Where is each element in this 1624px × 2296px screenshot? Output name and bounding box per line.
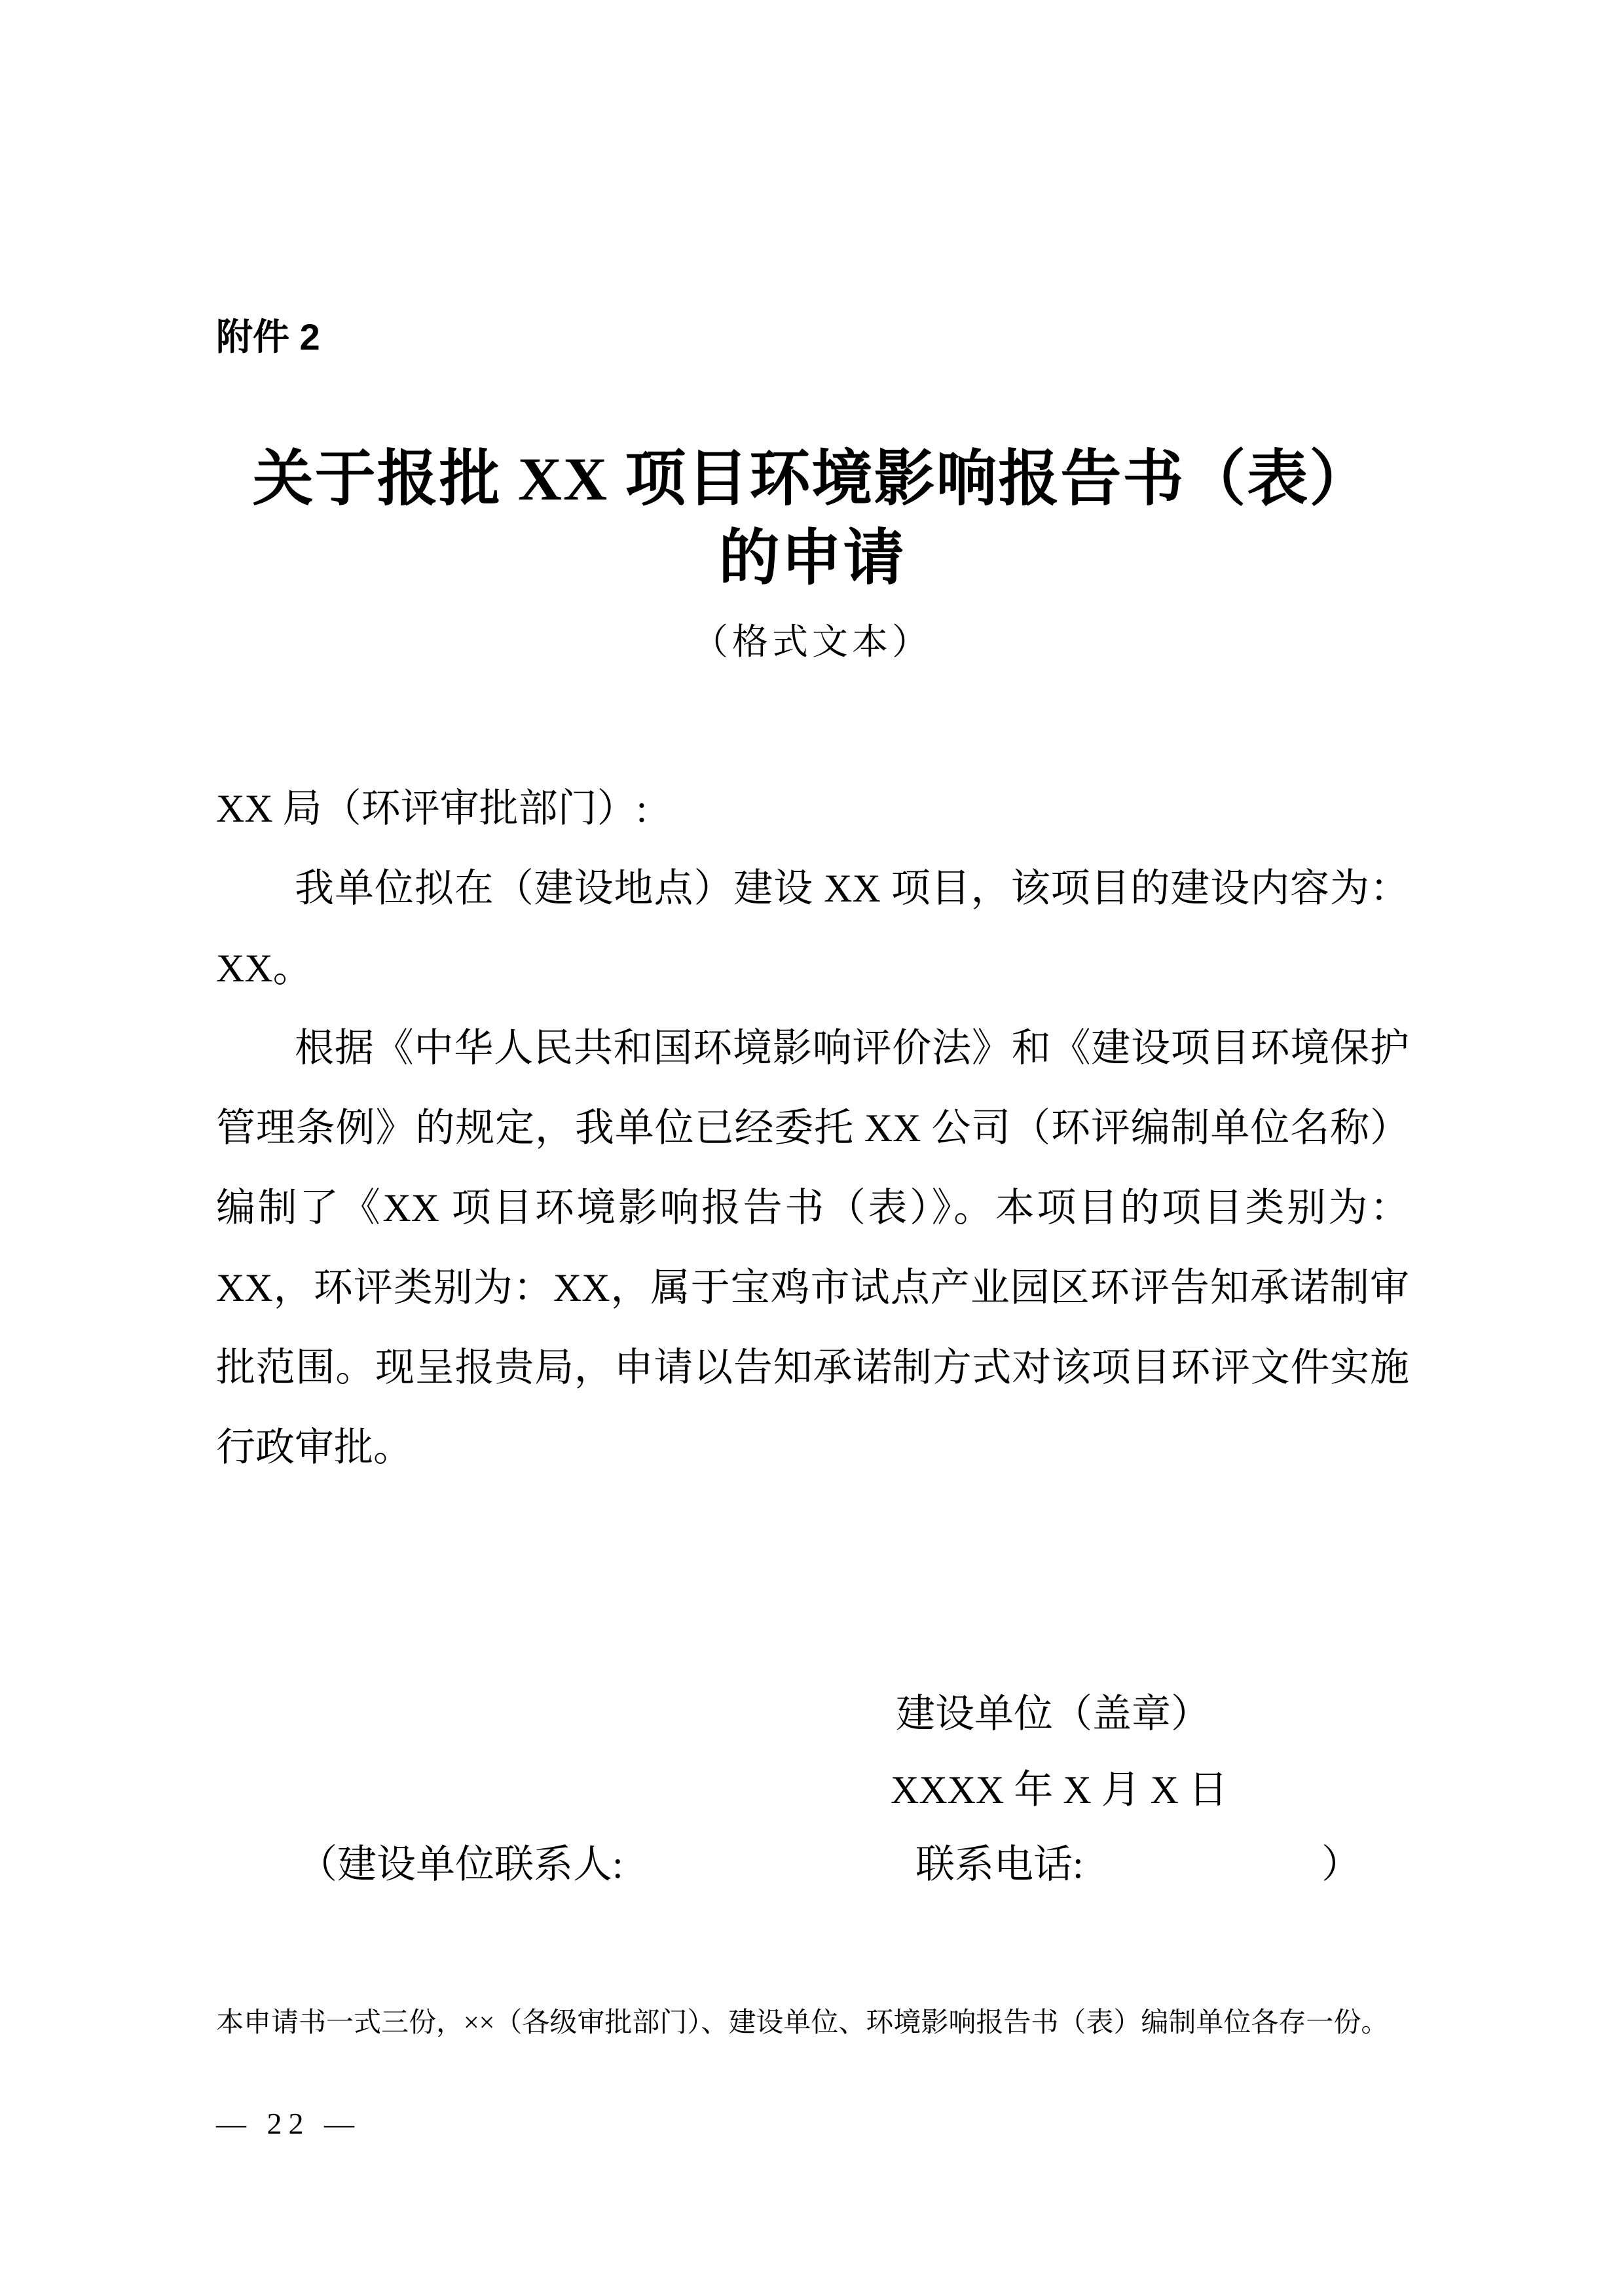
contact-row: （建设单位联系人: 联系电话: ） (0, 1841, 1624, 1893)
document-title: 关于报批 XX 项目环境影响报告书（表） 的申请 (164, 440, 1460, 598)
body-paragraph-1: 我单位拟在（建设地点）建设 XX 项目，该项目的建设内容为：XX。 (216, 848, 1409, 1008)
contact-phone-label: 联系电话: (915, 1841, 1084, 1888)
document-title-line2: 的申请 (164, 519, 1460, 598)
footnote: 本申请书一式三份，××（各级审批部门）、建设单位、环境影响报告书（表）编制单位各… (216, 2005, 1434, 2041)
signature-date-line: XXXX 年 X 月 X 日 (891, 1766, 1228, 1813)
contact-person-label: （建设单位联系人: (298, 1841, 623, 1888)
page-number: — 22 — (216, 2105, 361, 2142)
document-title-line1: 关于报批 XX 项目环境影响报告书（表） (164, 440, 1460, 519)
document-page: 附件 2 关于报批 XX 项目环境影响报告书（表） 的申请 （格式文本） XX … (0, 0, 1624, 2296)
signature-unit-seal-line: 建设单位（盖章） (896, 1690, 1210, 1738)
document-body: XX 局（环评审批部门）: 我单位拟在（建设地点）建设 XX 项目，该项目的建设… (216, 769, 1409, 1487)
contact-closing-paren: ） (1321, 1841, 1361, 1888)
attachment-label: 附件 2 (216, 316, 320, 359)
salutation-line: XX 局（环评审批部门）: (216, 769, 1409, 848)
document-subtitle: （格式文本） (216, 619, 1408, 665)
body-paragraph-2: 根据《中华人民共和国环境影响评价法》和《建设项目环境保护管理条例》的规定，我单位… (216, 1008, 1409, 1487)
